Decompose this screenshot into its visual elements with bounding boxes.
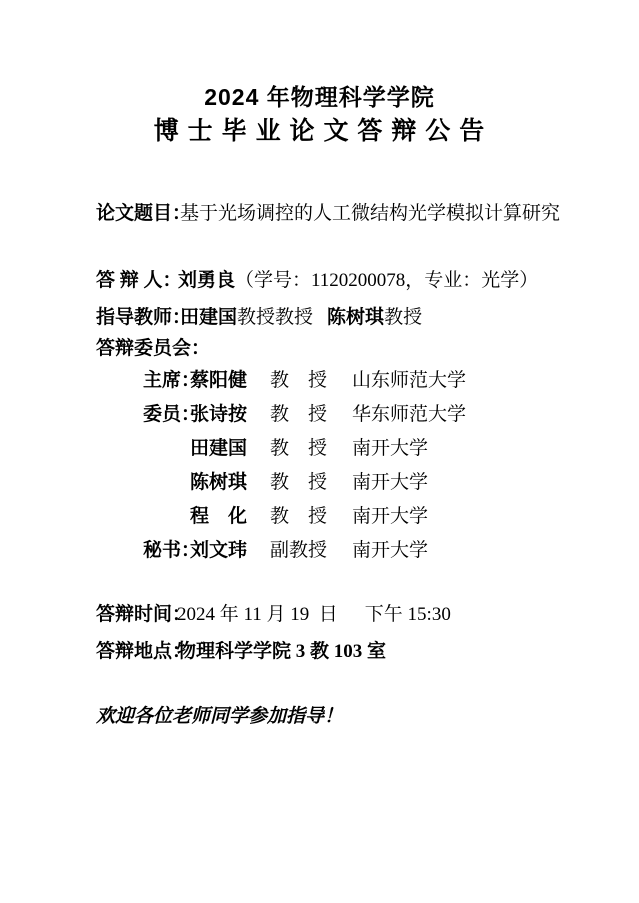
advisor-name: 田建国 [180,307,237,328]
committee-row: 田建国教 授南开大学 [143,438,428,459]
committee-row: 秘书：刘文玮副教授南开大学 [143,540,428,561]
advisors-label: 指导教师： [96,307,180,328]
defense-place: 物理科学学院 3 教 103 室 [177,641,386,662]
defense-time-line: 答辩时间：2024 年 11 月 19 日下午 15:30 [96,604,451,625]
committee-member-name: 张诗按 [190,404,270,425]
committee-member-title: 教 授 [270,438,352,459]
committee-member-affiliation: 南开大学 [352,506,428,527]
defender-label: 答 辩 人： [96,270,178,291]
thesis-title-line: 论文题目：基于光场调控的人工微结构光学模拟计算研究 [96,203,560,224]
committee-label: 答辩委员会： [96,338,210,359]
committee-member-name: 蔡阳健 [190,370,270,391]
defender-name: 刘勇良 [178,270,235,291]
advisor-title-text: 教授 [275,307,313,328]
committee-member-title: 教 授 [270,506,352,527]
defense-place-label: 答辩地点： [96,641,177,662]
advisor-title: 教授 [237,307,275,328]
committee-row: 委员：张诗按教 授华东师范大学 [143,404,466,425]
committee-member-title: 教 授 [270,404,352,425]
committee-member-title: 教 授 [270,472,352,493]
committee-member-affiliation: 山东师范大学 [352,370,466,391]
committee-member-name: 程 化 [190,506,270,527]
defender-detail: （学号：1120200078，专业：光学） [235,270,538,291]
defense-date: 2024 年 11 月 19 日 [177,604,338,625]
committee-member-title: 副教授 [270,540,352,561]
committee-member-affiliation: 南开大学 [352,540,428,561]
page-subtitle: 博 士 毕 业 论 文 答 辩 公 告 [0,111,639,147]
committee-member-name: 田建国 [190,438,270,459]
committee-member-affiliation: 南开大学 [352,438,428,459]
welcome-message: 欢迎各位老师同学参加指导！ [96,706,343,727]
committee-member-title: 教 授 [270,370,352,391]
committee-member-name: 陈树琪 [190,472,270,493]
committee-row: 程 化教 授南开大学 [143,506,428,527]
advisors-line: 指导教师：田建国教授教授陈树琪教授 [96,307,422,328]
committee-member-affiliation: 华东师范大学 [352,404,466,425]
advisor-name: 陈树琪 [327,307,384,328]
committee-role: 秘书： [143,540,190,561]
committee-row: 陈树琪教 授南开大学 [143,472,428,493]
committee-role: 委员： [143,404,190,425]
defense-time: 下午 15:30 [365,604,451,625]
page-title: 2024 年物理科学学院 [0,79,639,112]
defense-place-line: 答辩地点：物理科学学院 3 教 103 室 [96,641,386,662]
thesis-title-value: 基于光场调控的人工微结构光学模拟计算研究 [180,203,560,224]
defender-line: 答 辩 人：刘勇良（学号：1120200078，专业：光学） [96,270,538,291]
committee-member-affiliation: 南开大学 [352,472,428,493]
committee-member-name: 刘文玮 [190,540,270,561]
defense-time-label: 答辩时间： [96,604,177,625]
committee-row: 主席：蔡阳健教 授山东师范大学 [143,370,466,391]
committee-heading: 答辩委员会： [96,338,210,359]
thesis-title-label: 论文题目： [96,203,180,224]
committee-role: 主席： [143,370,190,391]
advisor-title-text: 教授 [384,307,422,328]
defense-announcement-page: 2024 年物理科学学院 博 士 毕 业 论 文 答 辩 公 告 论文题目：基于… [0,0,639,903]
